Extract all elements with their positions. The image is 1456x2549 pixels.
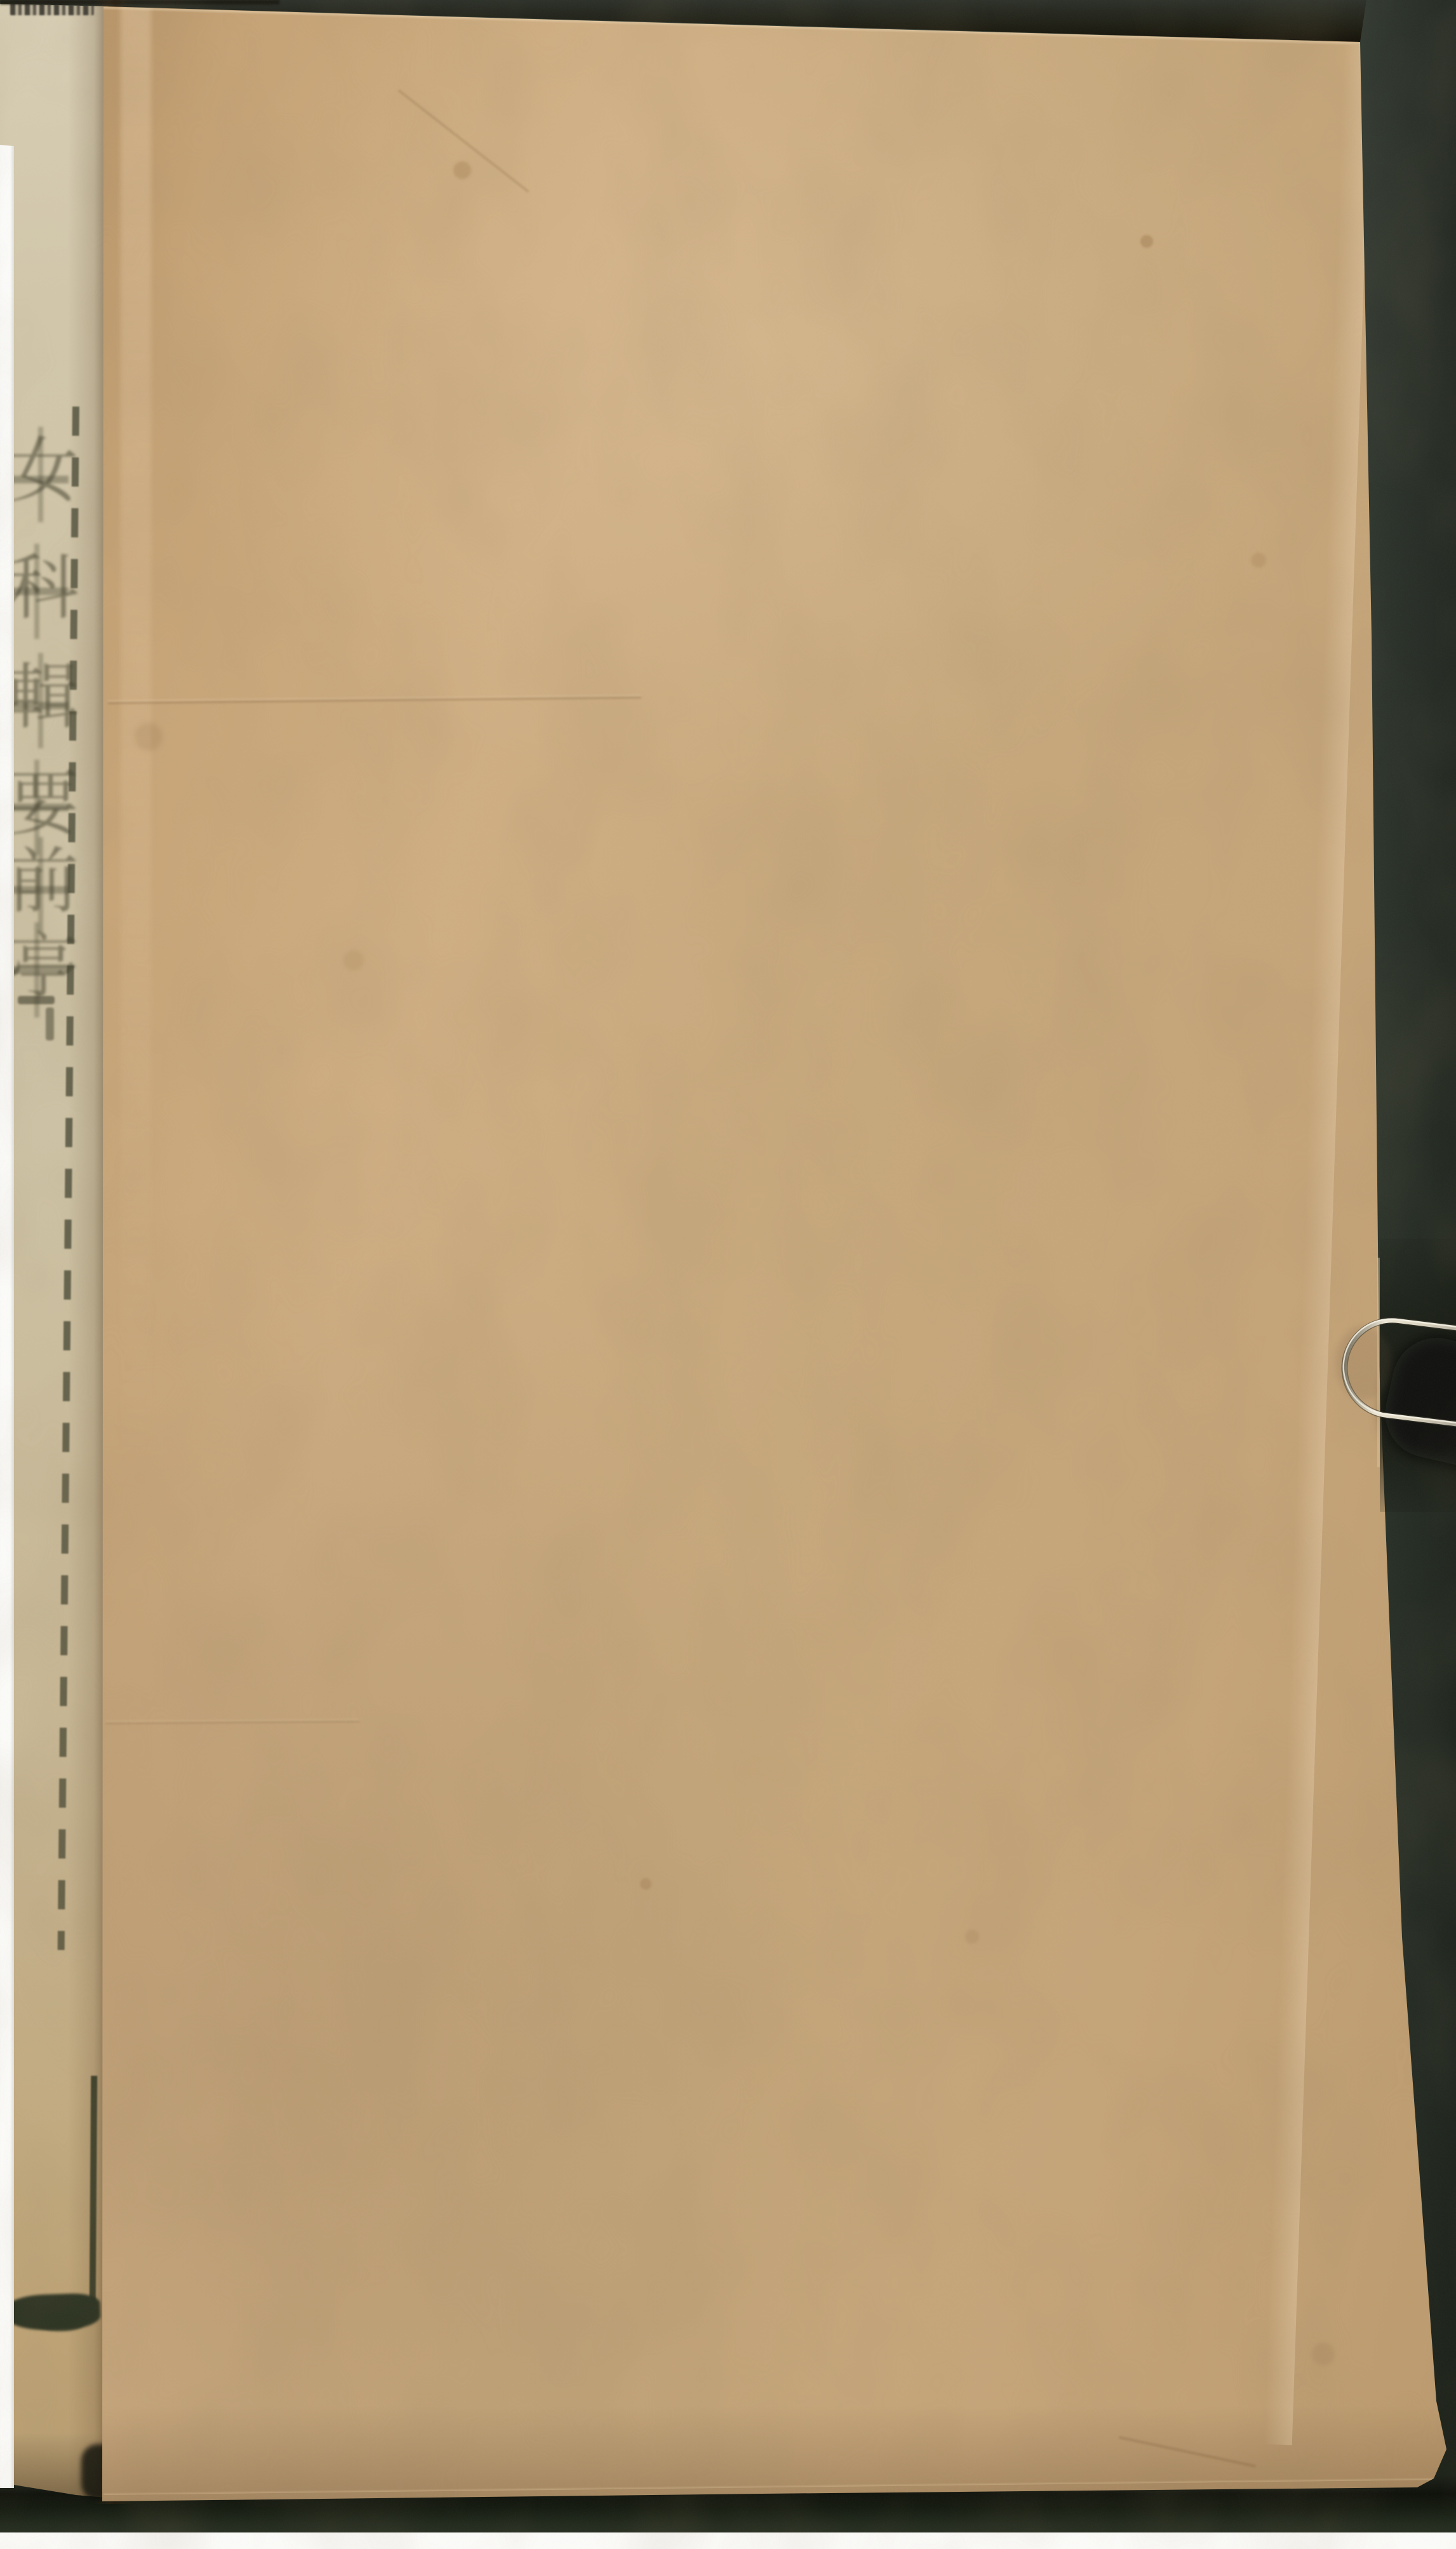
title-char: 女 [8,427,69,522]
page-edge-line [1377,1258,1380,1467]
foxing-spot [453,161,471,179]
scan-edge-left [0,143,14,2488]
foxing-spot [640,1878,651,1890]
paper-crease [105,1719,359,1725]
ink-mark [18,996,55,1004]
paper-crease [1119,2436,1256,2468]
foxing-spot [1251,553,1266,568]
adjacent-page-strip: 女 科 輯 要 前 亭 [0,0,109,2506]
blank-page [0,0,1456,2506]
foxing-spot [1312,2343,1335,2365]
metal-clip-icon [1295,1239,1456,1512]
foxing-spot [135,723,163,751]
top-edge-smudge [0,0,279,4]
title-char: 輯 [8,653,69,748]
ink-mark [46,1007,54,1040]
foxing-spot [1140,235,1153,248]
title-char: 前 [8,837,69,932]
book-scan: 女 科 輯 要 前 亭 [0,0,1456,2549]
foxing-spot [965,1930,979,1944]
scan-edge-bottom [0,2532,1456,2549]
foxing-spot [344,950,364,971]
paper-crease [108,695,641,704]
ink-smear [37,2316,84,2331]
title-char: 科 [8,544,69,639]
